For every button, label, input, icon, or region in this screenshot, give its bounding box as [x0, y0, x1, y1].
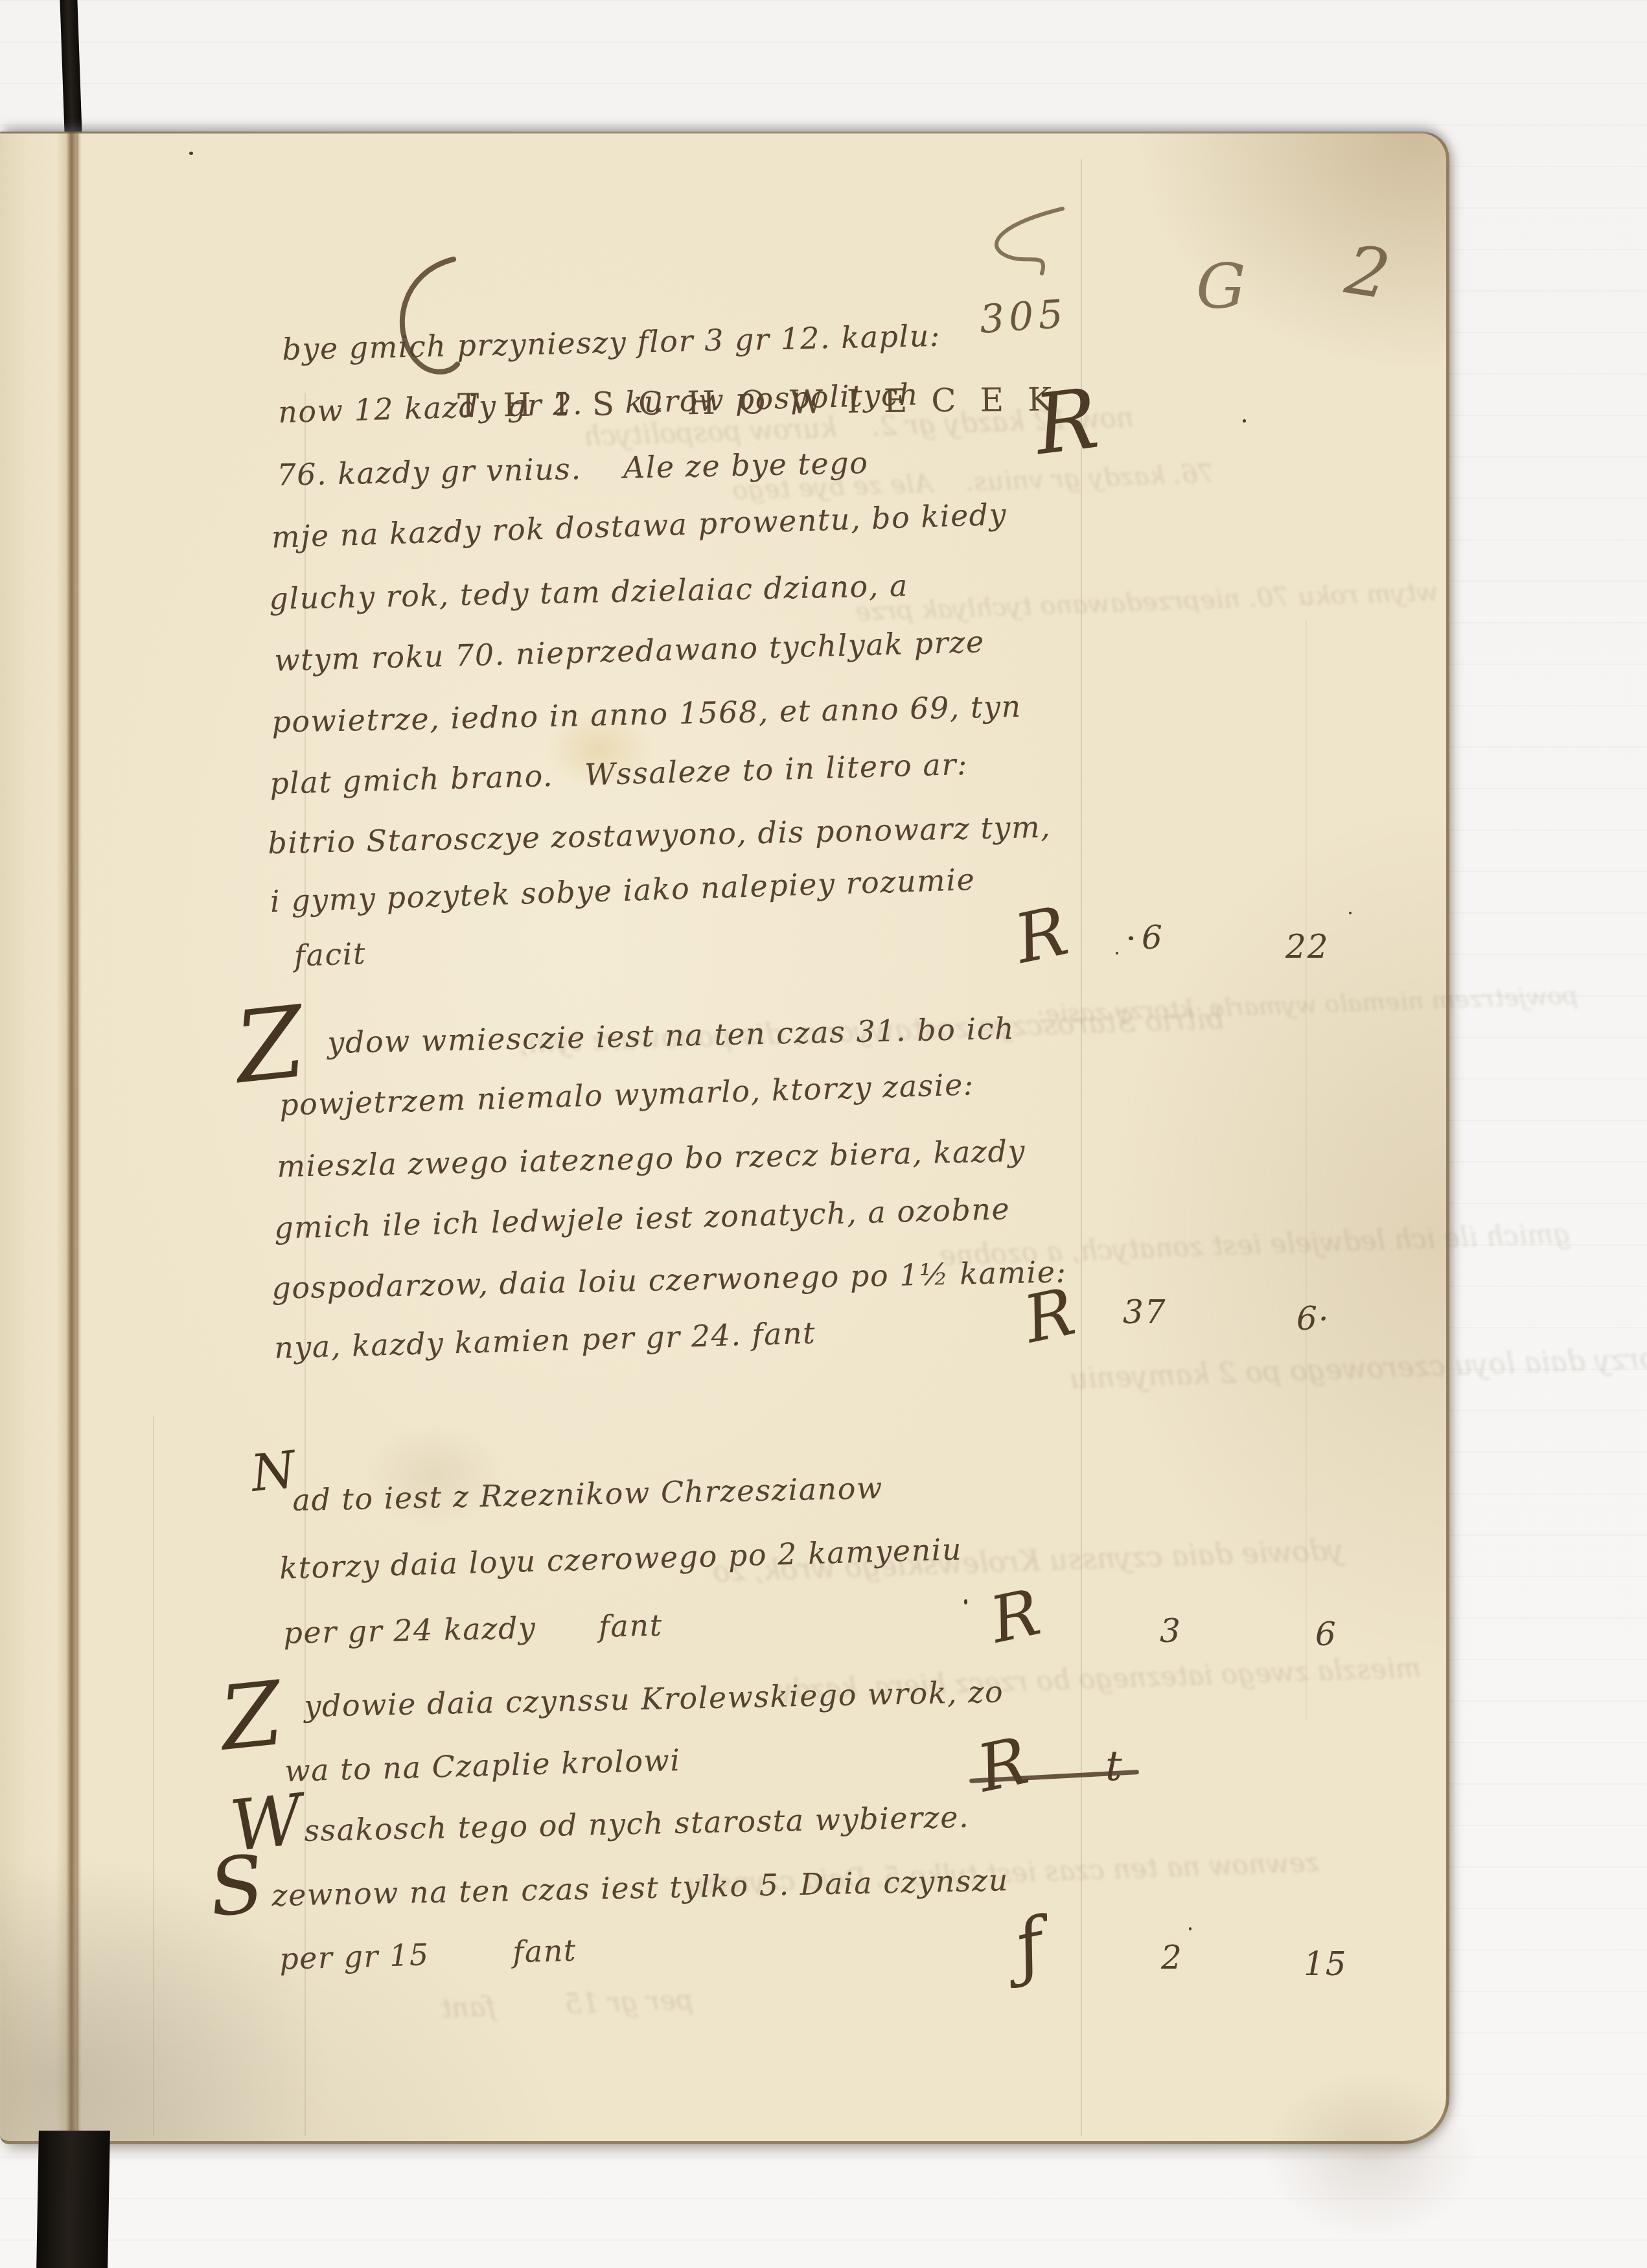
bleedthrough-line: wtym roku 70. nieprzedawano tychlyak prz… [855, 577, 1438, 627]
text-line: per gr 24 kazdy fant [283, 1608, 663, 1651]
bleedthrough-line: mieszla zwego iateznego bo rzecz biera, … [777, 1652, 1422, 1706]
ink-speck [1349, 912, 1352, 914]
total-florins: 37 [1123, 1293, 1167, 1331]
corner-squiggle-mark: 2 [1341, 235, 1394, 308]
binding-gutter-crease [76, 133, 78, 2141]
text-line: wa to na Czaplie krolowi [284, 1742, 681, 1789]
ink-speck [1129, 936, 1133, 940]
total-sign-r: R [1009, 897, 1073, 973]
heading-g-mark: G [1196, 255, 1246, 318]
text-line: per gr 15 fant [279, 1932, 577, 1977]
scanned-manuscript: { "document": { "folio": "305", "heading… [0, 0, 1647, 2268]
total-florins: 2 [1161, 1939, 1183, 1976]
text-line: mje na kazdy rok dostawa prowentu, bo ki… [271, 496, 1008, 555]
initial-letter: Z [216, 1670, 286, 1764]
bleedthrough-line: per gr 15 fant [440, 1984, 694, 2024]
total-groszy: 6 [1315, 1615, 1337, 1653]
margin-total: 22 [1285, 928, 1330, 966]
ink-speck [1243, 419, 1246, 422]
text-line: mieszla zwego iateznego bo rzecz biera, … [277, 1133, 1026, 1185]
folio-number: 305 [978, 291, 1069, 342]
total-florins: 3 [1160, 1612, 1182, 1650]
heading-left-flourish [386, 250, 464, 386]
text-line: gluchy rok, tedy tam dzielaiac dziano, a [269, 568, 909, 617]
text-line: ssakosch tego od nych starosta wybierze. [304, 1799, 970, 1849]
initial-letter: S [205, 1844, 268, 1928]
bookmark-ribbon-bottom [36, 2131, 110, 2268]
total-groszy: 6· [1296, 1300, 1330, 1337]
bookmark-ribbon-top [60, 0, 82, 136]
text-line: bitrio Starosczye zostawyono, dis ponowa… [268, 809, 1052, 861]
initial-letter: N [249, 1444, 298, 1499]
facit-label: facit [294, 936, 367, 974]
bleedthrough-line: ktorzy daia loyu czerowego po 2 kamyeniu [1068, 1341, 1647, 1395]
manuscript-page: 305 THISCHOWIECEK R G 2 bye gmich przyni… [0, 132, 1449, 2144]
total-sign-florin: ƒ [1009, 1908, 1050, 1985]
bleedthrough-line: bitrio Starosczye zostawyono, dis ponowa… [518, 1002, 1224, 1060]
folio-underswash-flourish [965, 203, 1088, 281]
ink-speck [1189, 1927, 1192, 1930]
text-line: nya, kazdy kamien per gr 24. fant [273, 1315, 816, 1367]
total-sign-r: R [985, 1580, 1046, 1652]
text-line: powjetrzem niemalo wymarlo, ktorzy zasie… [279, 1067, 974, 1123]
total-groszy: 15 [1304, 1945, 1348, 1983]
ink-speck [189, 152, 193, 155]
total-sign-r: R [1019, 1279, 1079, 1352]
total-groszy: 6 [1142, 919, 1164, 956]
initial-letter: Z [231, 993, 309, 1098]
text-line: gmich ile ich ledwjele iest zonatych, a … [274, 1191, 1011, 1246]
struck-total-tail: t [1105, 1746, 1122, 1787]
text-line: bye gmich przynieszy flor 3 gr 12. kaplu… [282, 318, 941, 367]
paper-stain [1263, 2071, 1477, 2239]
fold-crease-1 [153, 1417, 154, 2136]
text-line: wtym roku 70. nieprzedawano tychlyak prz… [274, 624, 985, 678]
struck-total-sign: R [972, 1728, 1033, 1801]
ink-speck [1116, 952, 1118, 955]
bleedthrough-line: gmich ile ich ledwjele iest zonatych, a … [939, 1218, 1571, 1271]
ink-speck [964, 1599, 967, 1604]
text-line: i gymy pozytek sobye iako nalepiey rozum… [270, 862, 976, 920]
